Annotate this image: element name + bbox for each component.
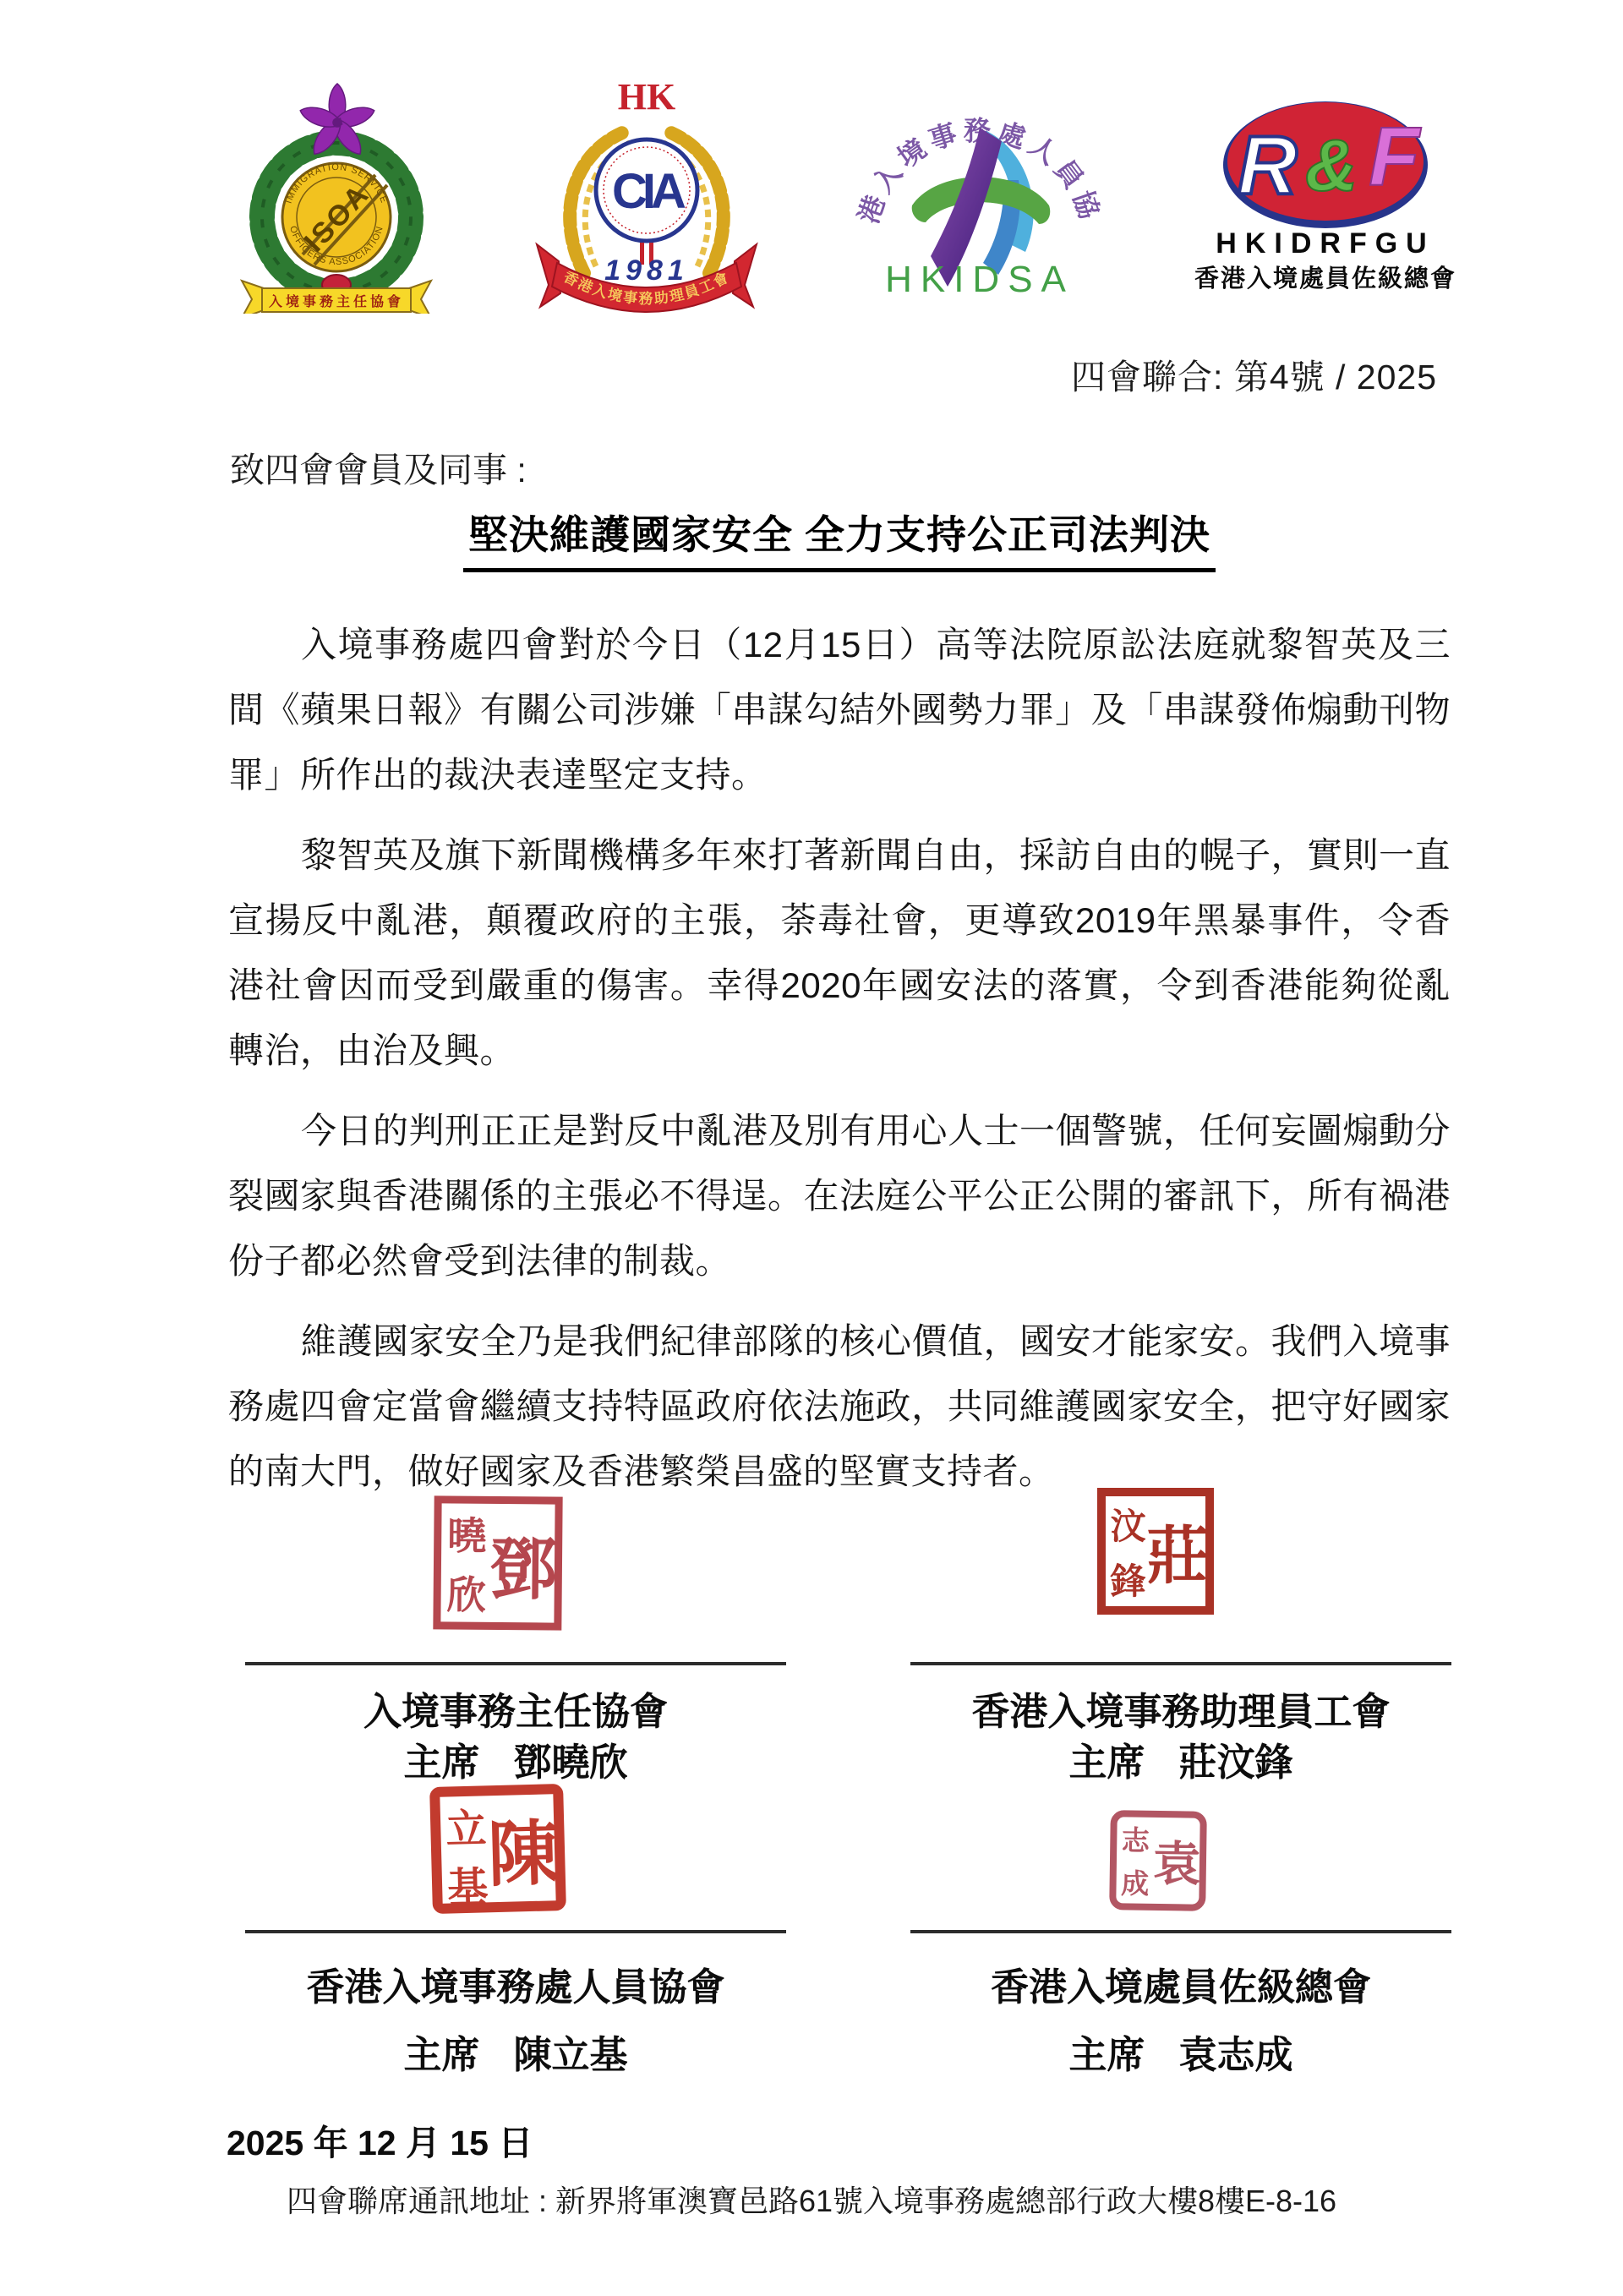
seal-stamp-chong-man-fung: 汶 鋒 莊 (1097, 1488, 1214, 1615)
seal-char: 陳 (487, 1796, 560, 1900)
letter-page: ISOA IMMIGRATION SERVICE OFFICERS ASSOCI… (0, 0, 1623, 2296)
hkcia-year-text: 1981 (604, 254, 689, 287)
seal-stamp-chan-lap-kei: 立 基 陳 (429, 1784, 566, 1914)
seal-char: 袁 (1152, 1827, 1200, 1895)
chairman-name: 莊汶鋒 (1179, 1731, 1293, 1786)
rf-letter-r: R (1238, 118, 1298, 211)
hkidrfgu-emblem-icon: R & F HKIDRFGU 香港入境處員佐級總會 (1190, 87, 1462, 297)
chairman-label: 主席 (1068, 2024, 1145, 2079)
signature-line (910, 1662, 1451, 1665)
seal-char: 鋒 (1111, 1554, 1146, 1604)
seal-stamp-deng-hiu-yan: 曉 欣 鄧 (433, 1495, 562, 1630)
chairman-label: 主席 (403, 2024, 479, 2079)
signature-line (245, 1662, 786, 1665)
chairman-label: 主席 (1068, 1731, 1145, 1786)
hkcia-logo: HK CIA 1981 香港入境事務助理 (523, 72, 770, 318)
hkidsa-emblem-icon: 香港入境事務處人員協會 HKIDSA (853, 79, 1107, 300)
salutation: 致四會會員及同事 : (230, 442, 527, 492)
letter-title-wrap: 堅決維護國家安全 全力支持公正司法判決 (228, 504, 1451, 572)
chairman-name: 袁志成 (1179, 2024, 1293, 2079)
association-name-hkidrfgu: 香港入境處員佐級總會 (910, 1956, 1451, 2011)
seal-surname-column: 鄧 (492, 1504, 555, 1623)
seal-char: 成 (1121, 1861, 1150, 1901)
hkidrfgu-logo: R & F HKIDRFGU 香港入境處員佐級總會 (1190, 87, 1462, 301)
seal-char: 欣 (447, 1564, 487, 1620)
letter-body: 入境事務處四會對於今日（12月15日）高等法院原訟法庭就黎智英及三間《蘋果日報》… (228, 612, 1451, 1519)
chairman-name: 陳立基 (514, 2024, 628, 2079)
hkidrfgu-acronym: HKIDRFGU (1216, 227, 1434, 260)
hkidrfgu-chinese-name: 香港入境處員佐級總會 (1194, 264, 1456, 292)
seal-char: 立 (445, 1796, 488, 1855)
seal-surname-column: 陳 (491, 1794, 556, 1902)
seal-stamp-yuen-chi-shing: 志 成 袁 (1109, 1810, 1207, 1911)
paragraph-4: 維護國家安全乃是我們紀律部隊的核心價值，國安才能家安。我們入境事務處四會定當會繼… (228, 1309, 1451, 1504)
seal-surname-column: 袁 (1153, 1818, 1199, 1905)
isoa-logo: ISOA IMMIGRATION SERVICE OFFICERS ASSOCI… (235, 72, 440, 318)
signature-line (910, 1930, 1451, 1933)
seal-given-name-column: 志 成 (1116, 1817, 1155, 1904)
association-name-hkcia: 香港入境事務助理員工會 (910, 1681, 1451, 1736)
seal-char: 基 (446, 1854, 489, 1913)
association-name-hkidsa: 香港入境事務處人員協會 (245, 1956, 786, 2011)
hkcia-hk-text: HK (617, 76, 675, 118)
seal-char: 莊 (1147, 1506, 1210, 1596)
chairman-line-hkidrfgu: 主席 袁志成 (910, 2024, 1451, 2079)
isoa-crest-icon: ISOA IMMIGRATION SERVICE OFFICERS ASSOCI… (235, 72, 440, 314)
isoa-banner-text: 入境事務主任協會 (269, 293, 404, 309)
seal-char: 曉 (447, 1505, 487, 1561)
rf-letter-f: F (1369, 110, 1421, 203)
seal-surname-column: 莊 (1150, 1496, 1205, 1606)
seal-char: 志 (1122, 1818, 1150, 1858)
chairman-line-hkcia: 主席 莊汶鋒 (910, 1731, 1451, 1786)
footer-address: 四會聯席通訊地址 : 新界將軍澳寶邑路61號入境事務處總部行政大樓8樓E-8-1… (0, 2178, 1623, 2221)
signature-line (245, 1930, 786, 1933)
seal-given-name-column: 曉 欣 (440, 1503, 493, 1622)
association-name-isoa: 入境事務主任協會 (245, 1681, 786, 1736)
paragraph-3: 今日的判刑正正是對反中亂港及別有用心人士一個警號，任何妄圖煽動分裂國家與香港關係… (228, 1098, 1451, 1293)
hkcia-emblem-icon: HK CIA 1981 香港入境事務助理 (523, 72, 770, 314)
seal-given-name-column: 汶 鋒 (1106, 1496, 1150, 1606)
rf-letter-amp: & (1305, 125, 1358, 206)
chairman-line-hkidsa: 主席 陳立基 (245, 2024, 786, 2079)
chairman-label: 主席 (403, 1731, 479, 1786)
letter-date: 2025 年 12 月 15 日 (227, 2115, 533, 2165)
seal-char: 鄧 (489, 1514, 558, 1612)
letter-title: 堅決維護國家安全 全力支持公正司法判決 (463, 504, 1216, 572)
rf-letters: R & F (1238, 110, 1421, 211)
seal-char: 汶 (1111, 1499, 1146, 1550)
chairman-line-isoa: 主席 鄧曉欣 (245, 1731, 786, 1786)
paragraph-2: 黎智英及旗下新聞機構多年來打著新聞自由，採訪自由的幌子，實則一直宣揚反中亂港，顛… (228, 823, 1451, 1083)
seal-given-name-column: 立 基 (440, 1796, 494, 1904)
hkidsa-acronym: HKIDSA (885, 259, 1074, 300)
hkidsa-logo: 香港入境事務處人員協會 HKIDSA (853, 79, 1107, 304)
association-logos-row: ISOA IMMIGRATION SERVICE OFFICERS ASSOCI… (235, 72, 1462, 321)
reference-number: 四會聯合: 第4號 / 2025 (1071, 349, 1437, 399)
chairman-name: 鄧曉欣 (514, 1731, 628, 1786)
paragraph-1: 入境事務處四會對於今日（12月15日）高等法院原訟法庭就黎智英及三間《蘋果日報》… (228, 612, 1451, 807)
hkcia-cia-letters: CIA (612, 164, 686, 219)
